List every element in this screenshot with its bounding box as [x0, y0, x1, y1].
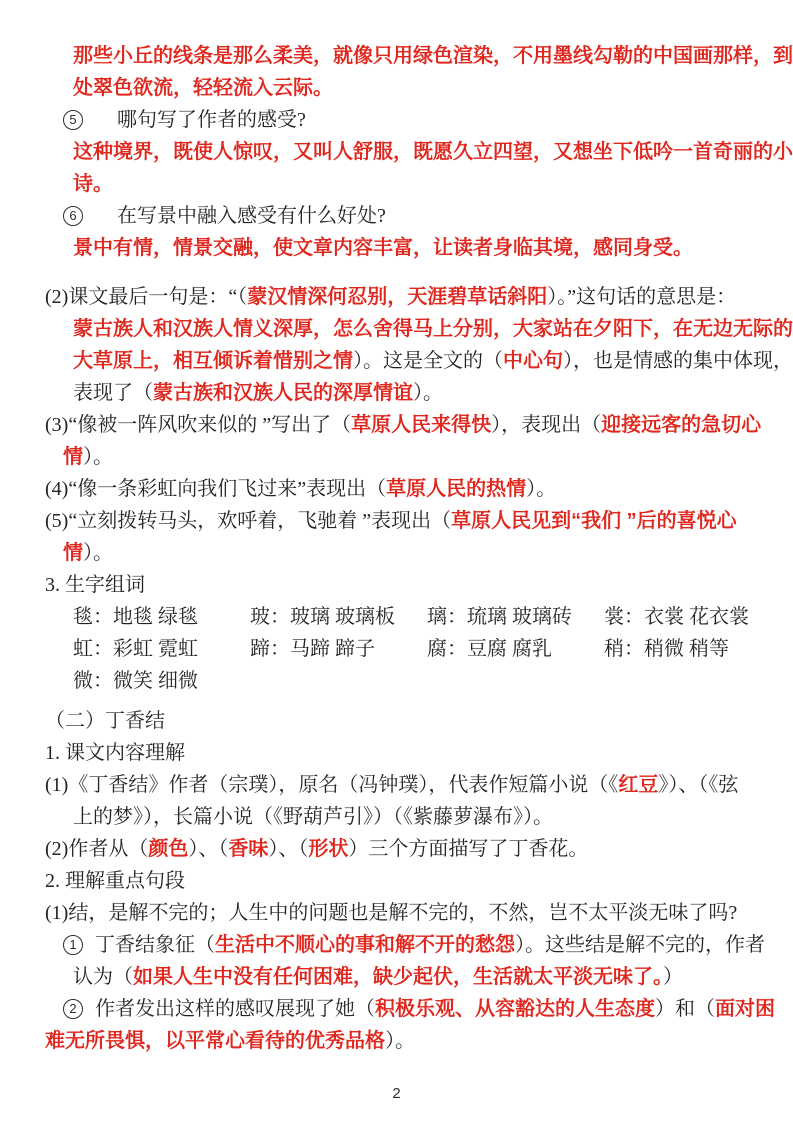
word-group: 稍：稍微 稍等: [604, 633, 729, 665]
question-text: 作者发出这样的感叹展现了她（: [95, 998, 375, 1020]
answer-text: 面对困: [715, 998, 775, 1020]
word-group: 毯：地毯 绿毯: [73, 601, 250, 633]
word-list-row: 毯：地毯 绿毯玻：玻璃 玻璃板璃：琉璃 玻璃砖裳：衣裳 花衣裳: [45, 601, 757, 633]
answer-text: 景中有情，情景交融，使文章内容丰富，让读者身临其境，感同身受。: [73, 237, 693, 259]
answer-line: 蒙古族人和汉族人情义深厚，怎么舍得马上分别，大家站在夕阳下，在无边无际的: [45, 313, 757, 345]
heading-line: 2. 理解重点句段: [45, 865, 757, 897]
circled-number: 5: [63, 110, 83, 130]
answer-line: 处翠色欲流，轻轻流入云际。: [45, 72, 757, 104]
continuation-line: 大草原上，相互倾诉着惜别之情）。这是全文的（中心句），也是情感的集中体现，: [45, 345, 757, 377]
answer-text: 生活中不顺心的事和解不开的愁怨: [215, 934, 515, 956]
answer-text: 迎接远客的急切心: [601, 414, 761, 436]
heading-line: 3. 生字组词: [45, 569, 757, 601]
answer-text: 颜色: [148, 838, 188, 860]
document-page: { "page": { "number": "2" }, "colors": {…: [0, 0, 793, 1122]
word-group: 微：微笑 细微: [73, 665, 198, 697]
question-text: ）和（: [655, 998, 715, 1020]
question-text: (2)课文最后一句是：“（: [45, 286, 247, 308]
question-text: 上的梦》），长篇小说（《野葫芦引》）（《紫藤萝瀑布》）。: [73, 806, 553, 828]
answer-text: 草原人民见到“我们 ”后的喜悦心: [451, 510, 737, 532]
continuation-line: 情）。: [45, 537, 757, 569]
question-text: ）。: [83, 542, 113, 564]
item-line: (5)“立刻拨转马头，欢呼着，飞驰着 ”表现出（草原人民见到“我们 ”后的喜悦心: [45, 505, 757, 537]
question-text: 2. 理解重点句段: [45, 870, 185, 892]
answer-text: 中心句: [503, 350, 563, 372]
continuation-line: 认为（如果人生中没有任何困难，缺少起伏，生活就太平淡无味了。）: [45, 961, 757, 993]
answer-text: 草原人民的热情: [386, 478, 526, 500]
document-content: 那些小丘的线条是那么柔美，就像只用绿色渲染，不用墨线勾勒的中国画那样，到处翠色欲…: [45, 40, 757, 1057]
answer-text: 红豆: [618, 774, 658, 796]
question-text: ）: [663, 966, 683, 988]
answer-text: 情: [63, 446, 83, 468]
question-text: ）。这是全文的（: [353, 350, 503, 372]
circled-number: 2: [63, 999, 83, 1019]
question-text: （二）丁香结: [45, 710, 165, 732]
question-text: ）。: [385, 1030, 415, 1052]
answer-text: 大草原上，相互倾诉着惜别之情: [73, 350, 353, 372]
question-text: 哪句写了作者的感受?: [117, 109, 306, 131]
circled-number: 6: [63, 206, 83, 226]
word-group: 璃：琉璃 玻璃砖: [427, 601, 604, 633]
sub-question-line: 5哪句写了作者的感受?: [45, 104, 757, 136]
question-text: (1)《丁香结》作者（宗璞），原名（冯钟璞），代表作短篇小说（《: [45, 774, 618, 796]
word-group: 虹：彩虹 霓虹: [73, 633, 250, 665]
question-text: ）。这些结是解不完的，作者: [515, 934, 765, 956]
continuation-line: 上的梦》），长篇小说（《野葫芦引》）（《紫藤萝瀑布》）。: [45, 801, 757, 833]
question-text: ）。: [83, 446, 113, 468]
question-text: 丁香结象征（: [95, 934, 215, 956]
answer-text: 香味: [228, 838, 268, 860]
heading-line: 1. 课文内容理解: [45, 737, 757, 769]
answer-text: 处翠色欲流，轻轻流入云际。: [73, 77, 333, 99]
answer-line: 这种境界，既使人惊叹，又叫人舒服，既愿久立四望，又想坐下低吟一首奇丽的小: [45, 136, 757, 168]
question-text: 认为（: [73, 966, 133, 988]
circled-number: 1: [63, 935, 83, 955]
answer-text: 情: [63, 542, 83, 564]
question-text: (3)“像被一阵风吹来似的 ”写出了（: [45, 414, 351, 436]
word-list-row: 微：微笑 细微: [45, 665, 757, 697]
word-group: 玻：玻璃 玻璃板: [250, 601, 427, 633]
question-text: ），表现出（: [491, 414, 601, 436]
word-group: 蹄：马蹄 蹄子: [250, 633, 427, 665]
answer-text: 诗。: [73, 173, 113, 195]
answer-text: 如果人生中没有任何困难，缺少起伏，生活就太平淡无味了。: [133, 966, 663, 988]
question-text: 》）、（《弦: [658, 774, 738, 796]
question-text: 在写景中融入感受有什么好处?: [117, 205, 386, 227]
answer-line: 景中有情，情景交融，使文章内容丰富，让读者身临其境，感同身受。: [45, 232, 757, 264]
answer-text: 积极乐观、从容豁达的人生态度: [375, 998, 655, 1020]
question-text: (5)“立刻拨转马头，欢呼着，飞驰着 ”表现出（: [45, 510, 451, 532]
sub-point-line: 2作者发出这样的感叹展现了她（积极乐观、从容豁达的人生态度）和（面对困: [45, 993, 757, 1025]
item-line: (4)“像一条彩虹向我们飞过来”表现出（草原人民的热情）。: [45, 473, 757, 505]
question-text: 1. 课文内容理解: [45, 742, 185, 764]
answer-line: 那些小丘的线条是那么柔美，就像只用绿色渲染，不用墨线勾勒的中国画那样，到: [45, 40, 757, 72]
question-text: ），也是情感的集中体现，: [563, 350, 793, 372]
item-line: (1)《丁香结》作者（宗璞），原名（冯钟璞），代表作短篇小说（《红豆》）、（《弦: [45, 769, 757, 801]
continuation-line: 表现了（蒙古族和汉族人民的深厚情谊）。: [45, 377, 757, 409]
item-line: (3)“像被一阵风吹来似的 ”写出了（草原人民来得快），表现出（迎接远客的急切心: [45, 409, 757, 441]
answer-text: 形状: [308, 838, 348, 860]
answer-text: 蒙古族人和汉族人情义深厚，怎么舍得马上分别，大家站在夕阳下，在无边无际的: [73, 318, 793, 340]
question-text: ）、（: [268, 838, 308, 860]
question-text: 3. 生字组词: [45, 574, 145, 596]
question-text: ）、（: [188, 838, 228, 860]
question-text: (4)“像一条彩虹向我们飞过来”表现出（: [45, 478, 386, 500]
sub-point-line: 1丁香结象征（生活中不顺心的事和解不开的愁怨）。这些结是解不完的，作者: [45, 929, 757, 961]
item-line: (1)结，是解不完的；人生中的问题也是解不完的，不然，岂不太平淡无味了吗?: [45, 897, 757, 929]
answer-text: 那些小丘的线条是那么柔美，就像只用绿色渲染，不用墨线勾勒的中国画那样，到: [73, 45, 793, 67]
question-text: 表现了（: [73, 382, 153, 404]
continuation-line: 情）。: [45, 441, 757, 473]
page-number: 2: [0, 1085, 793, 1102]
question-text: (2)作者从（: [45, 838, 148, 860]
sub-question-line: 6在写景中融入感受有什么好处?: [45, 200, 757, 232]
answer-text: 草原人民来得快: [351, 414, 491, 436]
item-line: (2)作者从（颜色）、（香味）、（形状）三个方面描写了丁香花。: [45, 833, 757, 865]
answer-line: 诗。: [45, 168, 757, 200]
word-group: 裳：衣裳 花衣裳: [604, 601, 749, 633]
word-list-row: 虹：彩虹 霓虹蹄：马蹄 蹄子腐：豆腐 腐乳稍：稍微 稍等: [45, 633, 757, 665]
question-text: (1)结，是解不完的；人生中的问题也是解不完的，不然，岂不太平淡无味了吗?: [45, 902, 737, 924]
word-group: 腐：豆腐 腐乳: [427, 633, 604, 665]
question-text: ）。: [526, 478, 556, 500]
question-text: ）。”这句话的意思是：: [547, 286, 736, 308]
item-line: (2)课文最后一句是：“（蒙汉情深何忍别，天涯碧草话斜阳）。”这句话的意思是：: [45, 281, 757, 313]
answer-text: 这种境界，既使人惊叹，又叫人舒服，既愿久立四望，又想坐下低吟一首奇丽的小: [73, 141, 793, 163]
section-heading: （二）丁香结: [45, 705, 757, 737]
question-text: ）三个方面描写了丁香花。: [348, 838, 588, 860]
answer-text: 蒙汉情深何忍别，天涯碧草话斜阳: [247, 286, 547, 308]
question-text: ）。: [413, 382, 443, 404]
continuation-line: 难无所畏惧，以平常心看待的优秀品格）。: [45, 1025, 757, 1057]
answer-text: 难无所畏惧，以平常心看待的优秀品格: [45, 1030, 385, 1052]
answer-text: 蒙古族和汉族人民的深厚情谊: [153, 382, 413, 404]
